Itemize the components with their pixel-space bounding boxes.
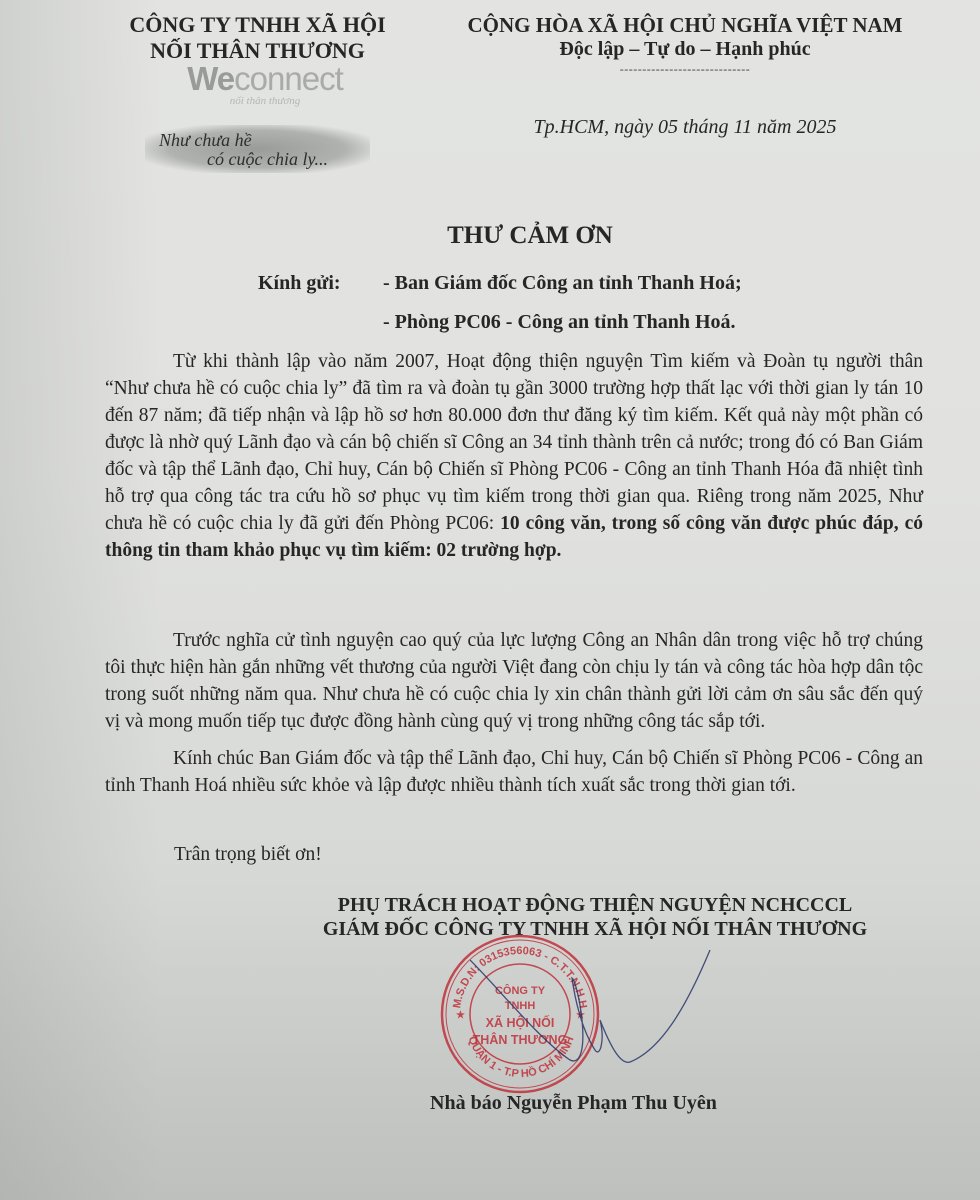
recipient-line: - Ban Giám đốc Công an tỉnh Thanh Hoá; — [383, 272, 742, 295]
letter-title: THƯ CẢM ƠN — [0, 222, 980, 250]
paragraph-3: Kính chúc Ban Giám đốc và tập thể Lãnh đ… — [105, 745, 923, 799]
paper-shadow-left — [0, 0, 160, 1200]
weconnect-logo: Weconnect — [160, 62, 370, 96]
signer-name: Nhà báo Nguyễn Phạm Thu Uyên — [430, 1092, 717, 1115]
national-title: CỘNG HÒA XÃ HỘI CHỦ NGHĨA VIỆT NAM — [430, 12, 940, 38]
signer-title-1: PHỤ TRÁCH HOẠT ĐỘNG THIỆN NGUYỆN NCHCCCL — [300, 893, 890, 917]
slogan-banner: Như chưa hề có cuộc chia ly... — [145, 125, 370, 173]
header-separator: ----------------------------- — [430, 62, 940, 77]
company-name: CÔNG TY TNHH XÃ HỘI NỐI THÂN THƯƠNG — [120, 12, 395, 64]
slogan-line: có cuộc chia ly... — [207, 149, 328, 169]
paragraph-2: Trước nghĩa cử tình nguyện cao quý của l… — [105, 627, 923, 735]
place-date: Tp.HCM, ngày 05 tháng 11 năm 2025 — [430, 116, 940, 139]
company-name-line: CÔNG TY TNHH XÃ HỘI — [120, 12, 395, 38]
slogan-line: Như chưa hề — [159, 130, 252, 150]
recipients-label: Kính gửi: — [258, 272, 341, 295]
logo-tagline: nối thân thương — [165, 95, 365, 107]
svg-text:★: ★ — [456, 1010, 465, 1021]
handwritten-signature-icon — [470, 950, 770, 1080]
recipient-line: - Phòng PC06 - Công an tỉnh Thanh Hoá. — [383, 311, 736, 334]
paragraph-1: Từ khi thành lập vào năm 2007, Hoạt động… — [105, 348, 923, 564]
national-motto: Độc lập – Tự do – Hạnh phúc — [430, 38, 940, 61]
closing-line: Trân trọng biết ơn! — [174, 844, 322, 866]
